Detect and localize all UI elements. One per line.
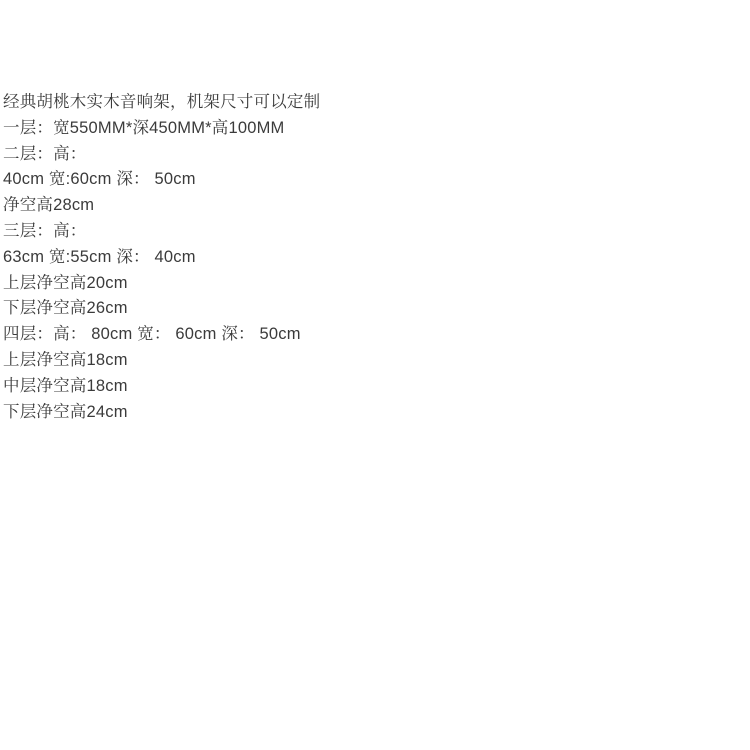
spec-line: 63cm 宽:55cm 深： 40cm: [3, 245, 320, 271]
spec-line: 上层净空高20cm: [3, 271, 320, 297]
product-detail-image: 经典胡桃木实木音响架，机架尺寸可以定制一层：宽550MM*深450MM*高100…: [0, 0, 750, 750]
spec-line: 中层净空高18cm: [3, 374, 320, 400]
spec-line: 二层：高：: [3, 142, 320, 168]
spec-text-block: 经典胡桃木实木音响架，机架尺寸可以定制一层：宽550MM*深450MM*高100…: [3, 90, 320, 425]
spec-line: 四层：高： 80cm 宽： 60cm 深： 50cm: [3, 322, 320, 348]
spec-line: 三层：高：: [3, 219, 320, 245]
spec-line: 40cm 宽:60cm 深： 50cm: [3, 167, 320, 193]
spec-line: 下层净空高24cm: [3, 400, 320, 426]
product-title-line: 经典胡桃木实木音响架，机架尺寸可以定制: [3, 90, 320, 116]
spec-line: 上层净空高18cm: [3, 348, 320, 374]
spec-line: 下层净空高26cm: [3, 296, 320, 322]
spec-line: 一层：宽550MM*深450MM*高100MM: [3, 116, 320, 142]
spec-line: 净空高28cm: [3, 193, 320, 219]
